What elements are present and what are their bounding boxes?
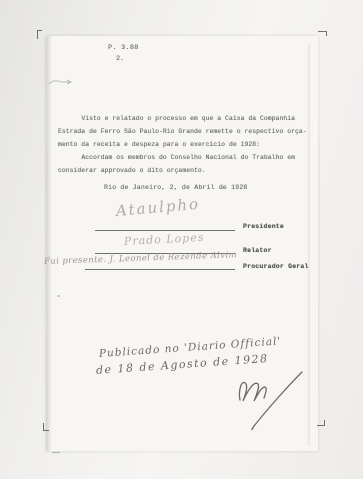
date-line: Rio de Janeiro, 2, de Abril de 1928 bbox=[104, 184, 248, 191]
stray-speck-mark bbox=[222, 187, 224, 189]
page-left-edge-shadow bbox=[46, 36, 52, 451]
stray-dash-mark bbox=[52, 452, 60, 453]
decision-body-text: Visto e relatado o processo em que a Cai… bbox=[58, 112, 310, 177]
signature-label-presidente: Presidente bbox=[243, 223, 284, 230]
signature-line-procurador bbox=[85, 269, 235, 270]
signature-line-presidente bbox=[95, 230, 235, 231]
scanned-document: P. 3.88 2. Visto e relatado o processo e… bbox=[0, 0, 363, 479]
stray-dot-mark bbox=[57, 295, 60, 297]
reference-secondary: 2. bbox=[116, 55, 124, 63]
pencil-arrow-mark bbox=[48, 77, 74, 87]
signature-label-relator: Relator bbox=[243, 247, 272, 254]
crop-mark-top-left bbox=[37, 30, 42, 39]
crop-mark-top-right bbox=[318, 31, 327, 36]
rubric-flourish bbox=[230, 368, 320, 438]
crop-mark-bottom-left bbox=[43, 423, 49, 431]
reference-number: P. 3.88 bbox=[108, 44, 139, 52]
signature-label-procurador: Procurador Geral bbox=[243, 263, 309, 270]
